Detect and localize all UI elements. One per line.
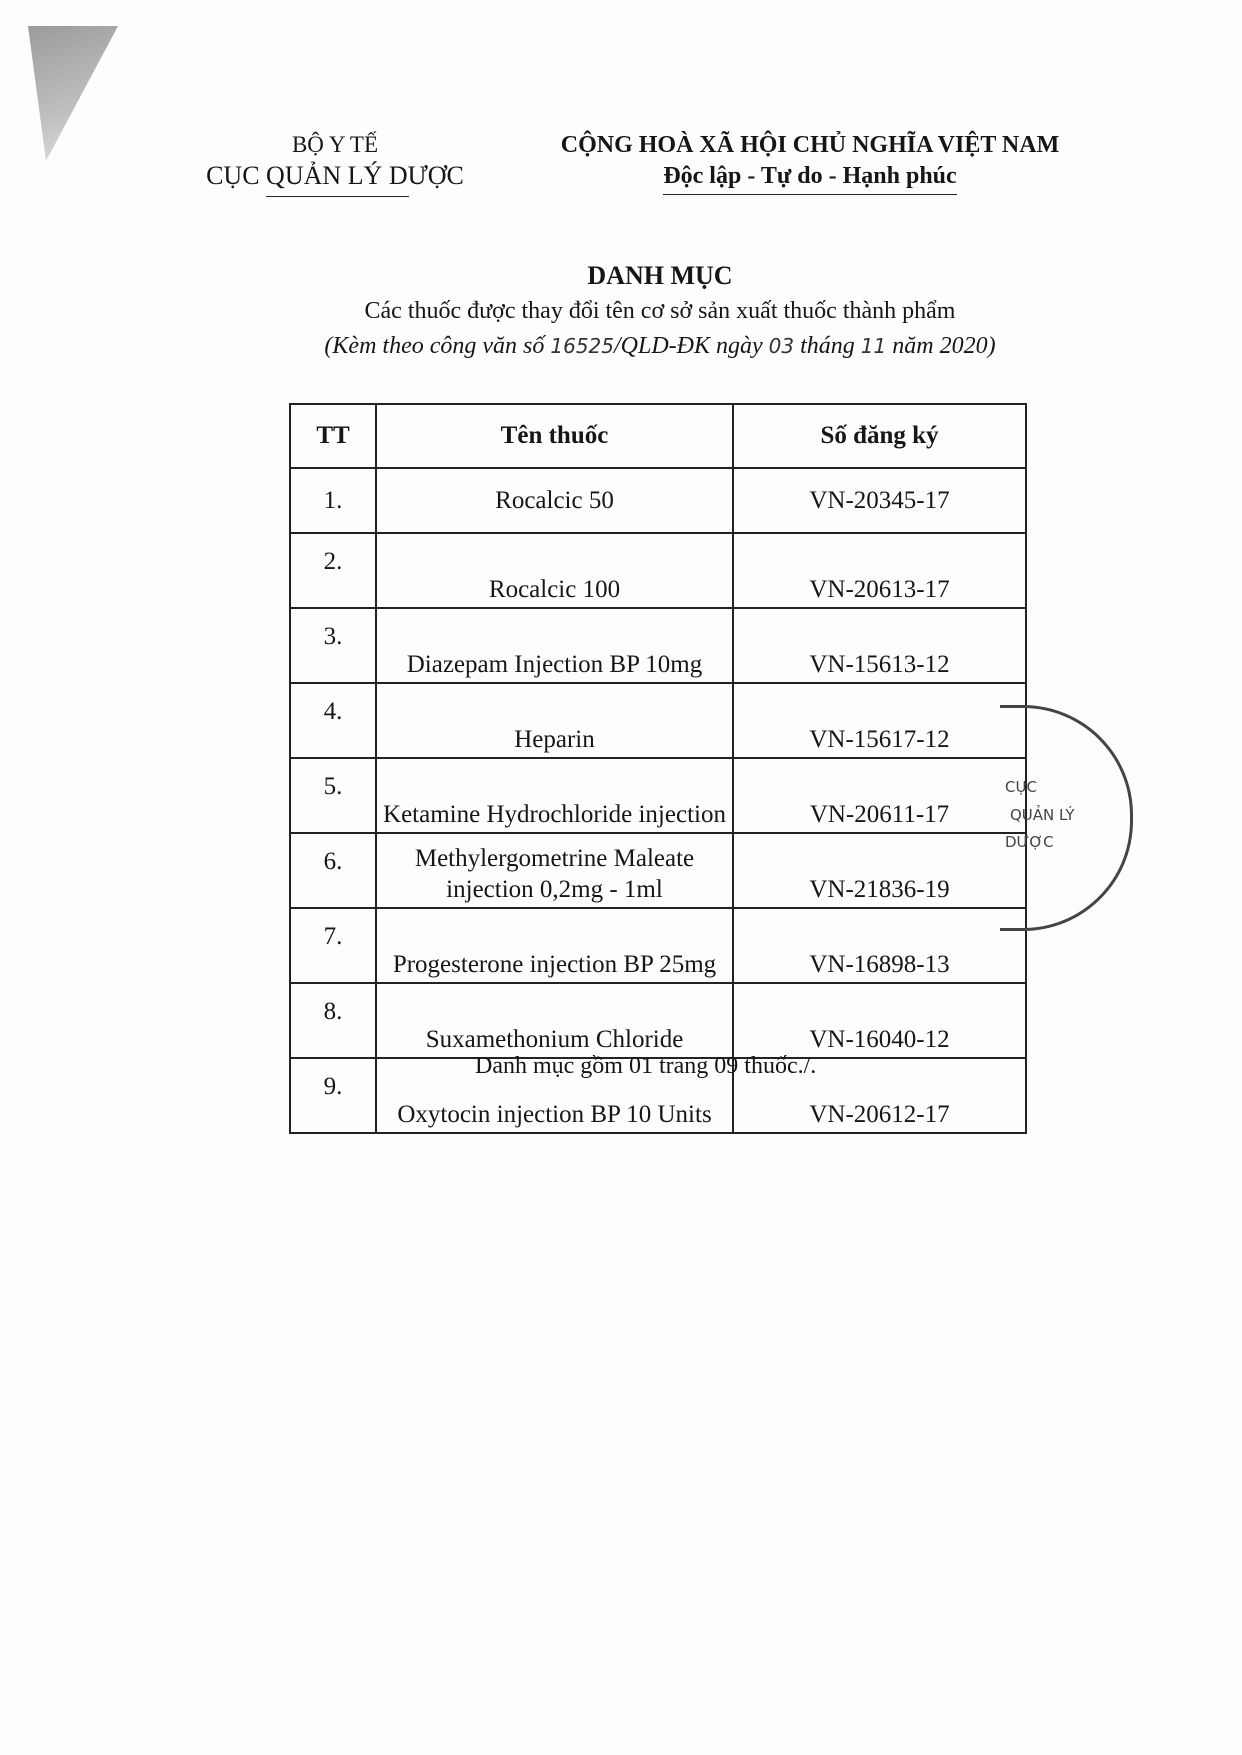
registration-number: VN-16898-13 — [733, 908, 1026, 983]
reference-year: năm 2020) — [886, 333, 995, 359]
document-subtitle: Các thuốc được thay đổi tên cơ sở sản xu… — [230, 294, 1090, 328]
drug-name: Ketamine Hydrochloride injection — [376, 758, 733, 833]
reference-month: 11 — [861, 334, 886, 358]
reference-line: (Kèm theo công văn số 16525/QLD-ĐK ngày … — [230, 328, 1090, 364]
row-number: 7. — [290, 908, 376, 983]
drug-name: Suxamethonium Chloride — [376, 983, 733, 1058]
country-name: CỘNG HOÀ XÃ HỘI CHỦ NGHĨA VIỆT NAM — [530, 130, 1090, 160]
header-tt: TT — [290, 404, 376, 468]
document-title-block: DANH MỤC Các thuốc được thay đổi tên cơ … — [230, 258, 1090, 364]
row-number: 9. — [290, 1058, 376, 1133]
drug-name: Rocalcic 50 — [376, 468, 733, 533]
row-number: 2. — [290, 533, 376, 608]
registration-number: VN-16040-12 — [733, 983, 1026, 1058]
row-number: 6. — [290, 833, 376, 908]
drug-name: Heparin — [376, 683, 733, 758]
table-row: 3.Diazepam Injection BP 10mgVN-15613-12 — [290, 608, 1026, 683]
stamp-line: CỤC — [1005, 778, 1037, 796]
table-row: 6.Methylergometrine Maleate injection 0,… — [290, 833, 1026, 908]
national-motto: Độc lập - Tự do - Hạnh phúc — [663, 160, 956, 195]
header-drug-name: Tên thuốc — [376, 404, 733, 468]
registration-number: VN-20345-17 — [733, 468, 1026, 533]
footer-note: Danh mục gồm 01 trang 09 thuốc./. — [475, 1053, 816, 1080]
drug-name: Progesterone injection BP 25mg — [376, 908, 733, 983]
table-row: 1.Rocalcic 50VN-20345-17 — [290, 468, 1026, 533]
drug-name: Methylergometrine Maleate injection 0,2m… — [376, 833, 733, 908]
row-number: 3. — [290, 608, 376, 683]
scan-corner-mark — [28, 26, 118, 161]
issuer-block: BỘ Y TẾ CỤC QUẢN LÝ DƯỢC — [190, 130, 480, 192]
row-number: 4. — [290, 683, 376, 758]
drug-list-table: TT Tên thuốc Số đăng ký 1.Rocalcic 50VN-… — [289, 403, 1027, 1134]
registration-number: VN-20611-17 — [733, 758, 1026, 833]
national-header: CỘNG HOÀ XÃ HỘI CHỦ NGHĨA VIỆT NAM Độc l… — [530, 130, 1090, 195]
document-title: DANH MỤC — [230, 258, 1090, 294]
official-stamp: CỤC QUẢN LÝ DƯỢC — [1000, 705, 1133, 931]
table-row: 4.HeparinVN-15617-12 — [290, 683, 1026, 758]
ministry-name: BỘ Y TẾ — [190, 130, 480, 160]
reference-prefix: (Kèm theo công văn số — [324, 333, 550, 359]
department-name: CỤC QUẢN LÝ DƯỢC — [206, 160, 464, 192]
drug-name: Rocalcic 100 — [376, 533, 733, 608]
registration-number: VN-21836-19 — [733, 833, 1026, 908]
table-row: 2.Rocalcic 100VN-20613-17 — [290, 533, 1026, 608]
registration-number: VN-15617-12 — [733, 683, 1026, 758]
row-number: 8. — [290, 983, 376, 1058]
reference-number: 16525 — [550, 334, 614, 358]
header-registration-number: Số đăng ký — [733, 404, 1026, 468]
reference-day: 03 — [769, 334, 794, 358]
drug-name: Diazepam Injection BP 10mg — [376, 608, 733, 683]
reference-month-label: tháng — [794, 333, 861, 359]
table-row: 7.Progesterone injection BP 25mgVN-16898… — [290, 908, 1026, 983]
table-row: 5.Ketamine Hydrochloride injectionVN-206… — [290, 758, 1026, 833]
row-number: 5. — [290, 758, 376, 833]
reference-code: /QLD-ĐK ngày — [614, 333, 769, 359]
table-row: 8.Suxamethonium ChlorideVN-16040-12 — [290, 983, 1026, 1058]
table-header-row: TT Tên thuốc Số đăng ký — [290, 404, 1026, 468]
row-number: 1. — [290, 468, 376, 533]
registration-number: VN-20613-17 — [733, 533, 1026, 608]
stamp-line: QUẢN LÝ — [1010, 806, 1075, 824]
registration-number: VN-15613-12 — [733, 608, 1026, 683]
stamp-line: DƯỢC — [1005, 833, 1054, 851]
